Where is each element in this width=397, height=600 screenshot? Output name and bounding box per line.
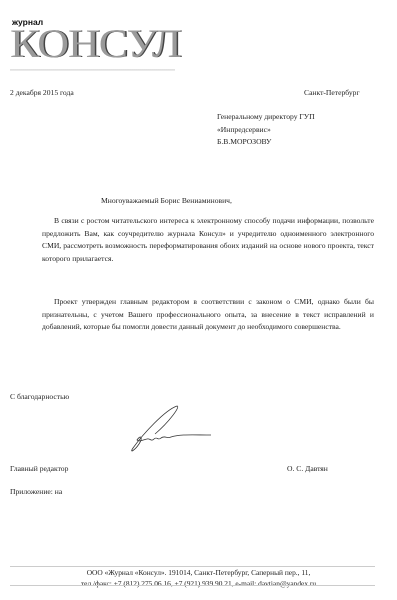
recipient-block: Генеральному директору ГУП «Инпредсервис… (217, 111, 315, 149)
attachment-note: Приложение: на (10, 487, 62, 496)
salutation: Многоуважаемый Борис Вениаминович, (101, 196, 232, 205)
footer-address: ООО «Журнал «Консул». 191014, Санкт-Пете… (0, 568, 397, 579)
recipient-organization: «Инпредсервис» (217, 124, 315, 137)
signer-role: Главный редактор (10, 464, 68, 473)
masthead-logo: КОНСУЛ (10, 24, 181, 64)
recipient-name: Б.В.МОРОЗОВУ (217, 136, 315, 149)
signature-image (125, 404, 215, 456)
footer-divider-top (10, 566, 375, 567)
closing-thanks: С благодарностью (10, 392, 69, 401)
body-paragraph: Проект утвержден главным редактором в со… (42, 296, 374, 334)
letter-date: 2 декабря 2015 года (10, 88, 74, 97)
letter-city: Санкт-Петербург (304, 88, 360, 97)
header-divider (10, 69, 175, 71)
signer-name: О. С. Давтян (287, 464, 328, 473)
footer-divider-bottom (10, 585, 375, 586)
footer-phone-email: тел./факс: +7 (812) 275 06 16, +7 (921) … (0, 579, 397, 590)
recipient-position: Генеральному директору ГУП (217, 111, 315, 124)
body-paragraph: В связи с ростом читательского интереса … (42, 215, 374, 265)
